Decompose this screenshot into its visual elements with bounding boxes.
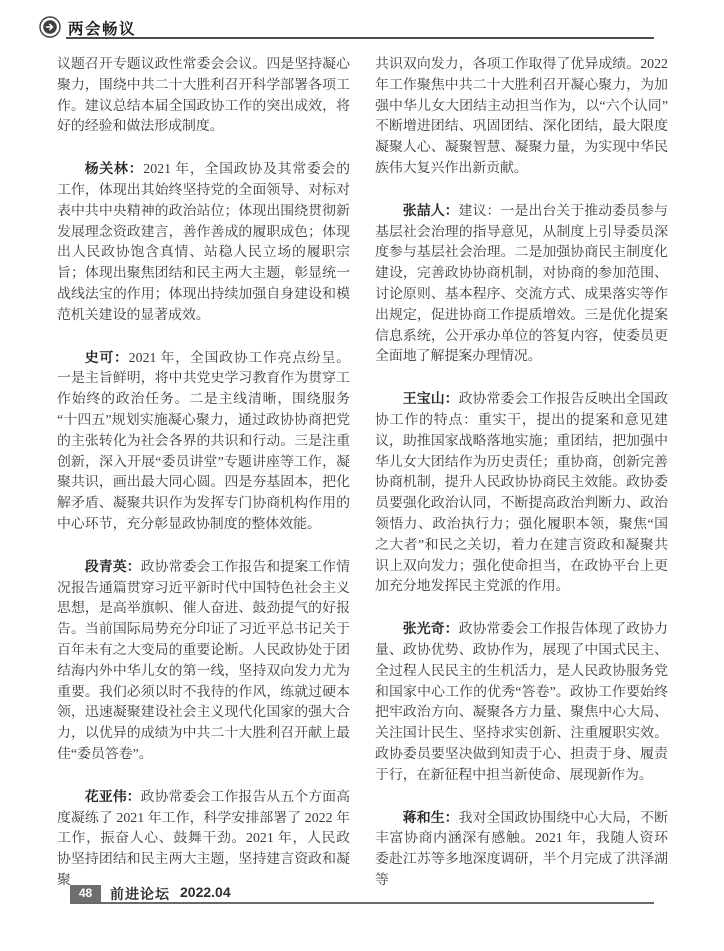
paragraph: 段青英：政协常委会工作报告和提案工作情况报告通篇贯穿习近平新时代中国特色社会主义… <box>57 556 350 766</box>
paragraph: 议题召开专题议政性常委会会议。四是坚持凝心聚力，围绕中共二十大胜利召开科学部署各… <box>57 55 350 138</box>
paragraph: 花亚伟：政协常委会工作报告从五个方面高度凝练了 2021 年工作，科学安排部署了… <box>57 786 350 892</box>
column-right: 共识双向发力，各项工作取得了优异成绩。2022 年工作聚焦中共二十大胜利召开凝心… <box>375 55 668 912</box>
paragraph: 张光奇：政协常委会工作报告体现了政协力量、政协优势、政协作为，展现了中国式民主、… <box>375 618 668 786</box>
arrow-right-circle-icon <box>39 16 61 38</box>
speaker-name: 史可： <box>85 349 129 365</box>
speaker-name: 张喆人： <box>403 202 459 218</box>
issue-number: 2022.04 <box>180 884 231 900</box>
article-body: 议题召开专题议政性常委会会议。四是坚持凝心聚力，围绕中共二十大胜利召开科学部署各… <box>57 55 668 912</box>
speaker-name: 蒋和生： <box>403 809 459 825</box>
paragraph: 共识双向发力，各项工作取得了优异成绩。2022 年工作聚焦中共二十大胜利召开凝心… <box>375 55 668 180</box>
magazine-page: 两会畅议 议题召开专题议政性常委会会议。四是坚持凝心聚力，围绕中共二十大胜利召开… <box>0 0 724 951</box>
paragraph: 史可：2021 年，全国政协工作亮点纷呈。一是主旨鲜明，将中共党史学习教育作为贯… <box>57 347 350 536</box>
paragraph: 张喆人：建议：一是出台关于推动委员参与基层社会治理的指导意见，从制度上引导委员深… <box>375 200 668 368</box>
paragraph: 杨关林：2021 年，全国政协及其常委会的工作，体现出其始终坚持党的全面领导、对… <box>57 158 350 326</box>
paragraph: 蒋和生：我对全国政协围绕中心大局，不断丰富协商内涵深有感触。2021 年，我随人… <box>375 807 668 892</box>
speaker-name: 杨关林： <box>85 160 143 176</box>
section-title: 两会畅议 <box>68 17 136 39</box>
speaker-name: 花亚伟： <box>85 788 141 804</box>
speaker-name: 王宝山： <box>403 390 459 406</box>
speaker-name: 段青英： <box>85 558 141 574</box>
page-number-badge: 48 <box>70 885 101 902</box>
footer-rule <box>70 902 654 904</box>
header-rule <box>66 37 654 39</box>
journal-title: 前进论坛 <box>110 884 170 904</box>
paragraph: 王宝山：政协常委会工作报告反映出全国政协工作的特点：重实干，提出的提案和意见建议… <box>375 388 668 598</box>
column-left: 议题召开专题议政性常委会会议。四是坚持凝心聚力，围绕中共二十大胜利召开科学部署各… <box>57 55 350 912</box>
speaker-name: 张光奇： <box>403 620 459 636</box>
